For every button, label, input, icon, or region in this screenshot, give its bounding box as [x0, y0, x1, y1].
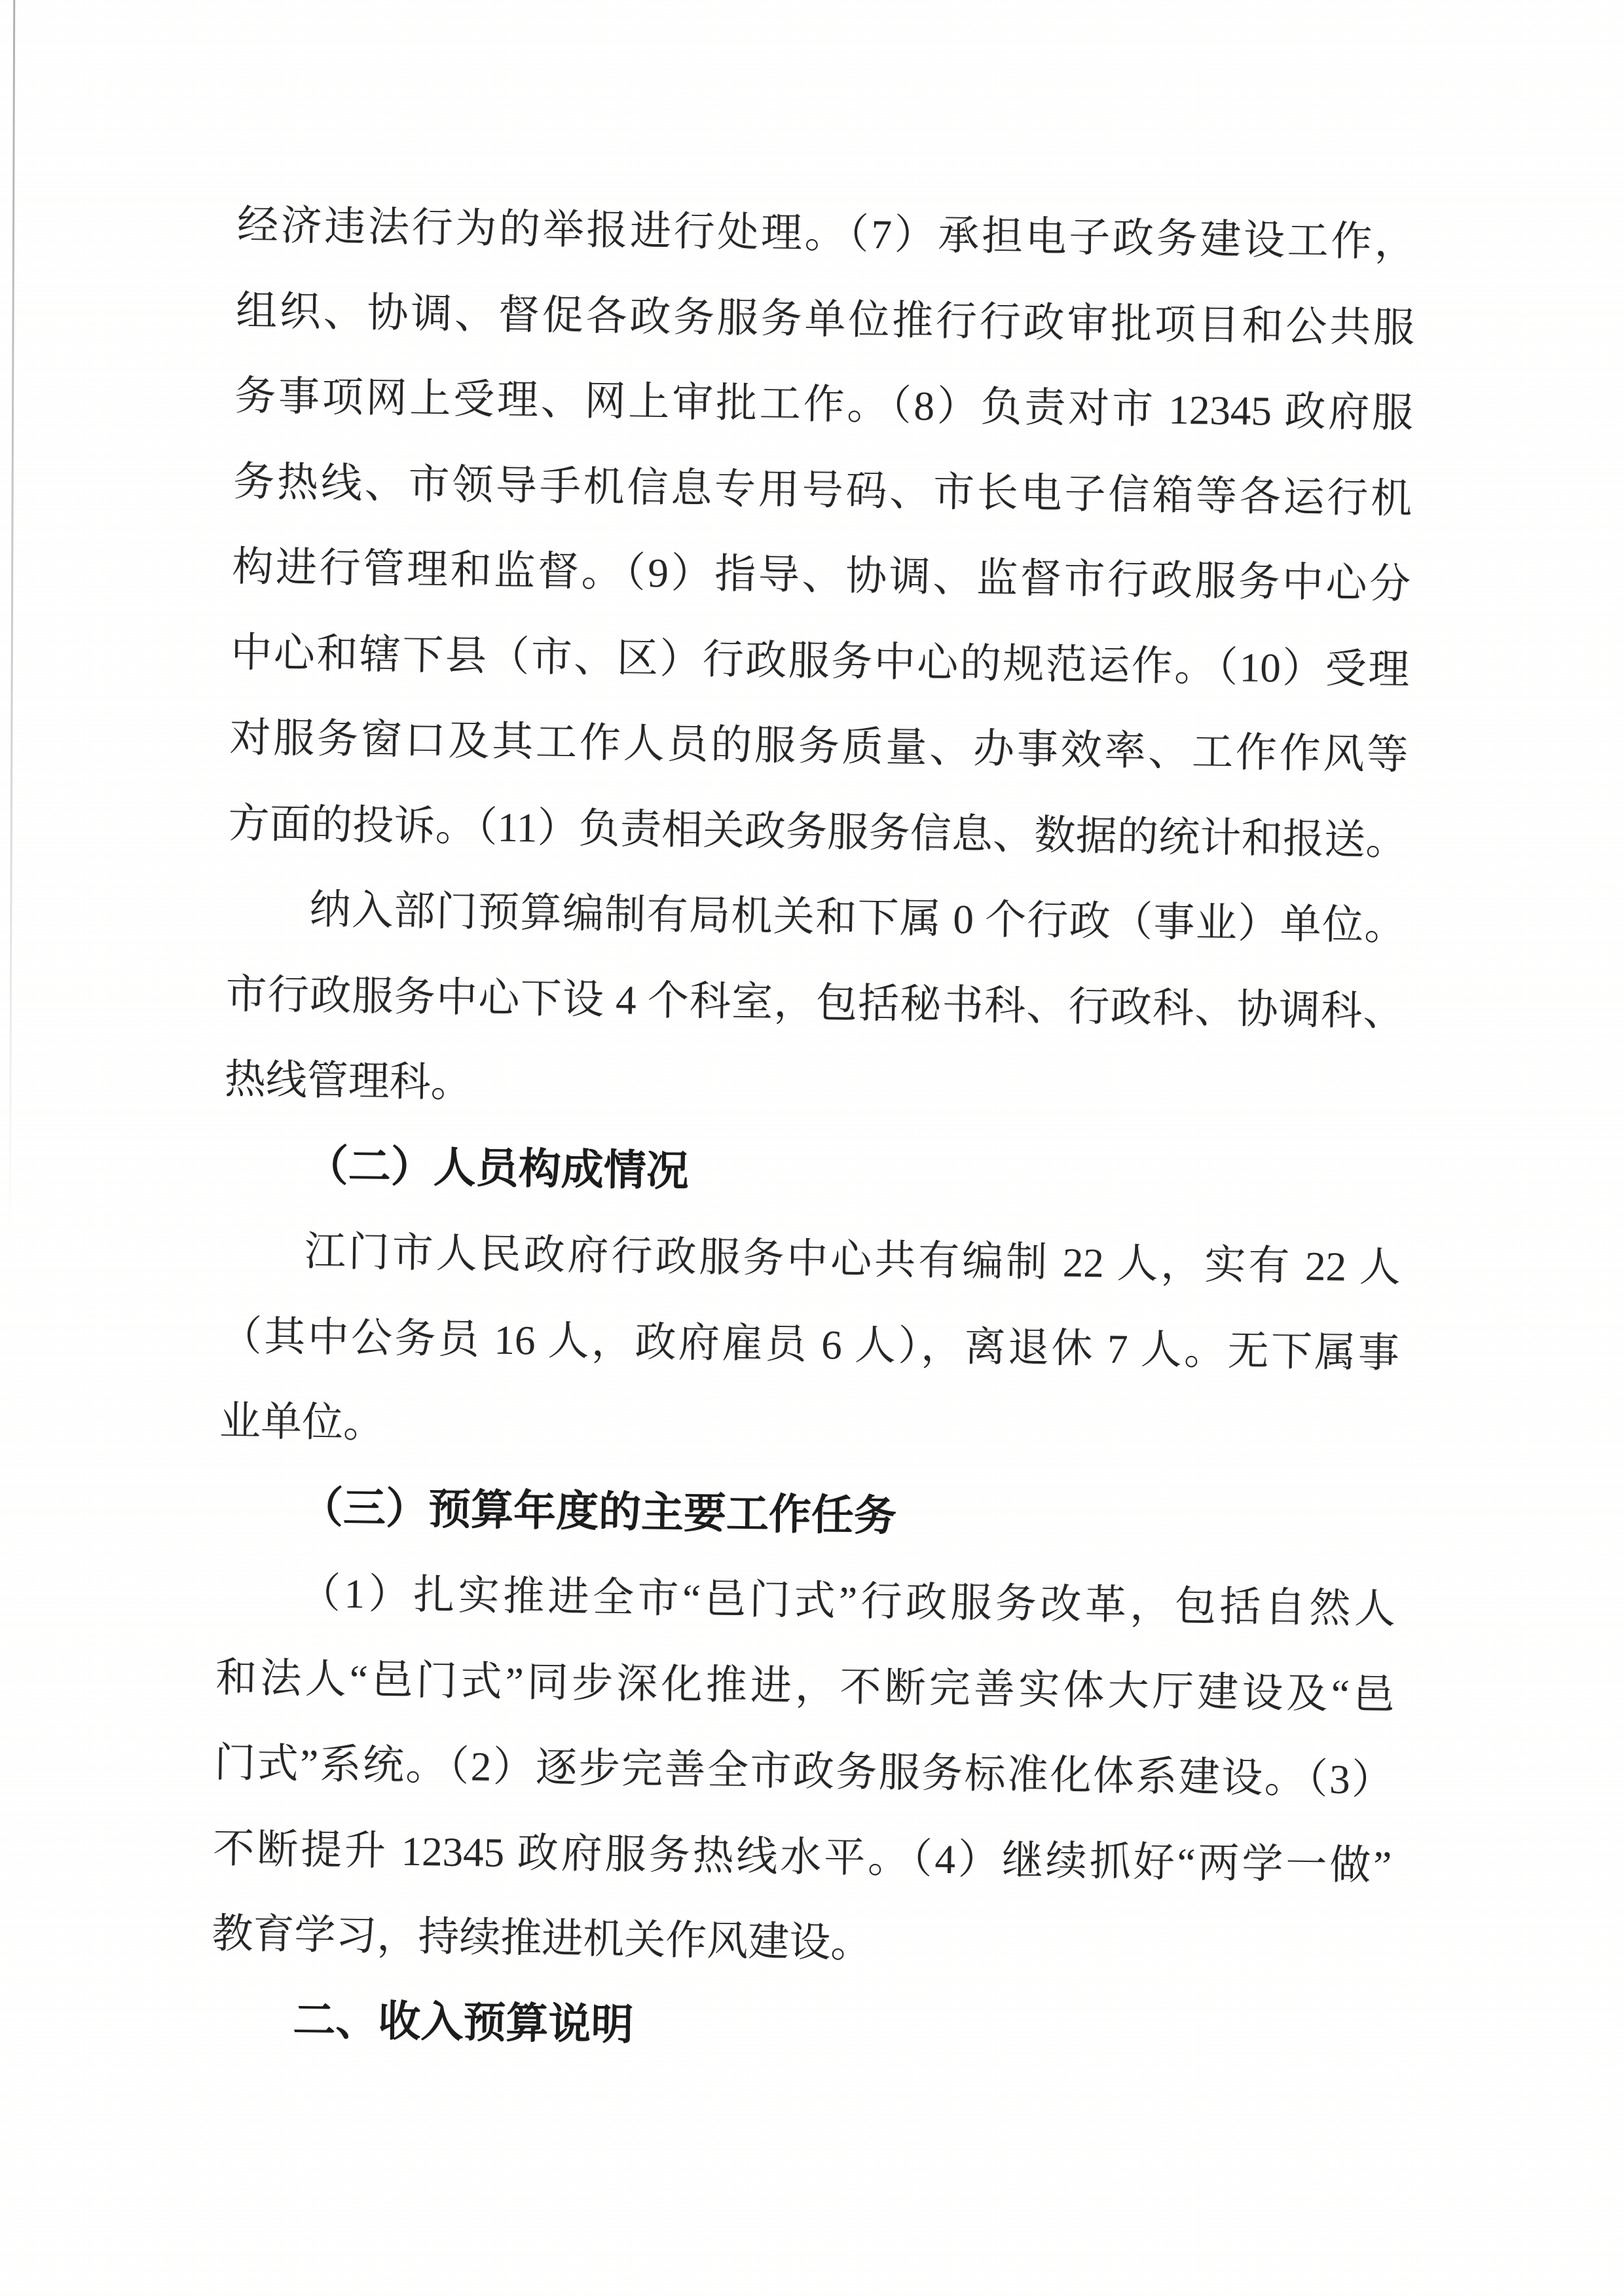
text-line: 构进行管理和监督。（9）指导、协调、监督市行政服务中心分 [231, 524, 1411, 627]
scan-artifact-line [9, 0, 16, 1231]
document-body: 经济违法行为的举报进行处理。（7）承担电子政务建设工作，组织、协调、督促各政务服… [210, 183, 1416, 2079]
text-line: 纳入部门预算编制有局机关和下属 0 个行政（事业）单位。 [227, 866, 1407, 969]
scanned-document-page: 经济违法行为的举报进行处理。（7）承担电子政务建设工作，组织、协调、督促各政务服… [0, 0, 1624, 2296]
text-line: （1）扎实推进全市“邑门式”行政服务改革，包括自然人 [216, 1549, 1396, 1652]
text-line: 务事项网上受理、网上审批工作。（8）负责对市 12345 政府服 [234, 354, 1414, 456]
text-line: 门式”系统。（2）逐步完善全市政务服务标准化体系建设。（3） [213, 1720, 1393, 1823]
text-line: 江门市人民政府行政服务中心共有编制 22 人，实有 22 人 [221, 1207, 1401, 1310]
text-line: （其中公务员 16 人，政府雇员 6 人），离退休 7 人。无下属事 [220, 1293, 1400, 1396]
text-line: 对服务窗口及其工作人员的服务质量、办事效率、工作作风等 [229, 695, 1409, 798]
text-line: 教育学习，持续推进机关作风建设。 [211, 1891, 1391, 1994]
heading-line: 二、收入预算说明 [210, 1977, 1390, 2079]
text-line: 热线管理科。 [224, 1037, 1404, 1140]
text-line: 经济违法行为的举报进行处理。（7）承担电子政务建设工作， [236, 183, 1416, 285]
